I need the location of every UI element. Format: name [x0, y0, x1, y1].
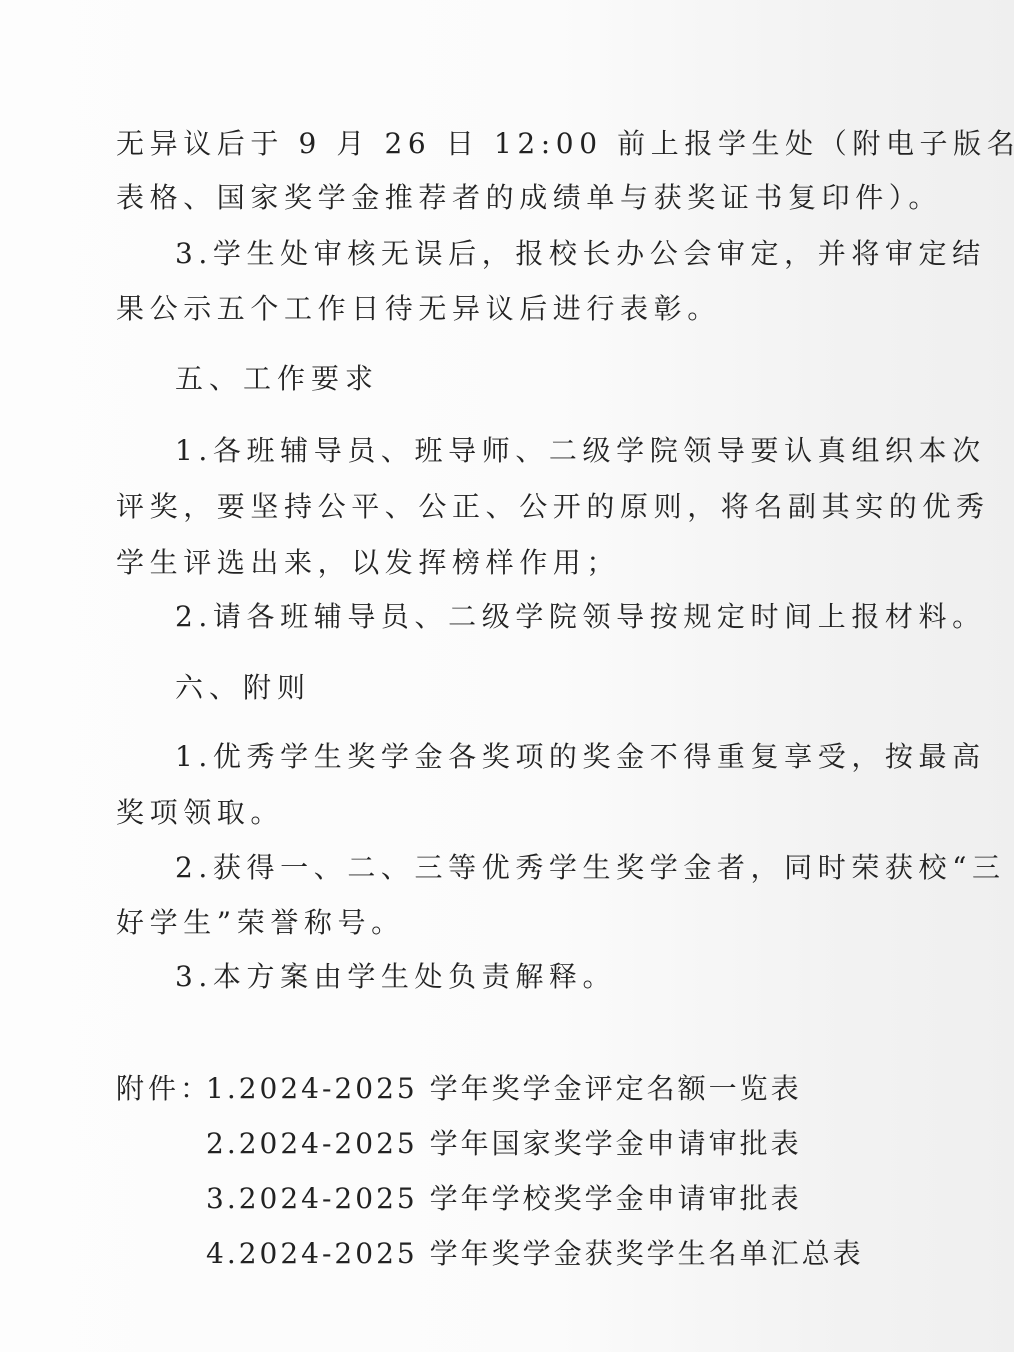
list-item-line: 奖项领取。: [116, 795, 284, 831]
list-item-line: 评奖，要坚持公平、公正、公开的原则，将名副其实的优秀: [116, 489, 990, 525]
list-item-line: 好学生”荣誉称号。: [116, 905, 405, 941]
list-item-line: 1.优秀学生奖学金各奖项的奖金不得重复享受，按最高: [175, 739, 986, 775]
attachment-item: 1.2024-2025 学年奖学金评定名额一览表: [206, 1071, 802, 1107]
list-item-line: 1.各班辅导员、班导师、二级学院领导要认真组织本次: [175, 433, 986, 469]
section-heading-supplementary-provisions: 六、附则: [175, 670, 311, 706]
attachment-item: 3.2024-2025 学年学校奖学金申请审批表: [206, 1181, 802, 1217]
attachment-item: 4.2024-2025 学年奖学金获奖学生名单汇总表: [206, 1236, 864, 1272]
paragraph-line: 无异议后于 9 月 26 日 12:00 前上报学生处（附电子版名单: [116, 126, 1014, 162]
document-page: 无异议后于 9 月 26 日 12:00 前上报学生处（附电子版名单 表格、国家…: [0, 0, 1014, 1352]
attachments-label: 附件：: [116, 1071, 212, 1107]
list-item-line: 2.请各班辅导员、二级学院领导按规定时间上报材料。: [175, 599, 986, 635]
list-item-line: 学生评选出来，以发挥榜样作用；: [116, 545, 620, 581]
attachment-item: 2.2024-2025 学年国家奖学金申请审批表: [206, 1126, 802, 1162]
list-item-line: 2.获得一、二、三等优秀学生奖学金者，同时荣获校“三: [175, 850, 1006, 886]
section-heading-work-requirements: 五、工作要求: [175, 361, 379, 397]
paragraph-line: 表格、国家奖学金推荐者的成绩单与获奖证书复印件）。: [116, 180, 942, 216]
list-item-line: 3.学生处审核无误后，报校长办公会审定，并将审定结: [175, 236, 986, 272]
list-item-line: 果公示五个工作日待无异议后进行表彰。: [116, 291, 721, 327]
list-item-line: 3.本方案由学生处负责解释。: [175, 959, 616, 995]
